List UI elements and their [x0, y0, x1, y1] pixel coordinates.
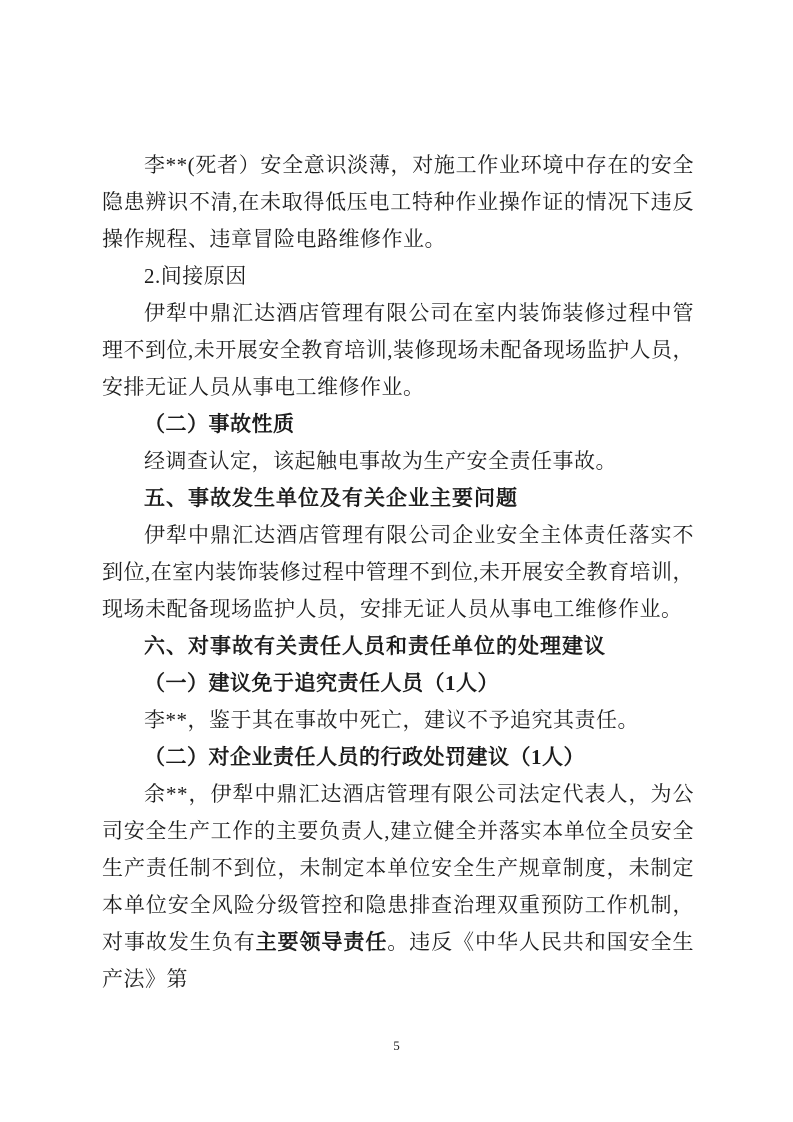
text-run: 五、事故发生单位及有关企业主要问题 [144, 487, 518, 510]
text-run: 六、对事故有关责任人员和责任单位的处理建议 [144, 635, 606, 658]
emphasized-text: 主要领导责任 [256, 931, 388, 954]
text-run: 经调查认定，该起触电事故为生产安全责任事故。 [144, 449, 617, 473]
document-body: 李**(死者）安全意识淡薄，对施工作业环境中存在的安全隐患辨识不清,在未取得低压… [102, 147, 694, 998]
para-direct-cause-victim: 李**(死者）安全意识淡薄，对施工作业环境中存在的安全隐患辨识不清,在未取得低压… [102, 147, 694, 258]
text-run: 李**，鉴于其在事故中死亡，建议不予追究其责任。 [144, 708, 639, 732]
text-run: 伊犁中鼎汇达酒店管理有限公司企业安全主体责任落实不到位,在室内装饰装修过程中管理… [102, 523, 694, 621]
para-accident-nature-detail: 经调查认定，该起触电事故为生产安全责任事故。 [102, 443, 694, 480]
para-exempt-persons-detail: 李**，鉴于其在事故中死亡，建议不予追究其责任。 [102, 702, 694, 739]
text-run: 余**，伊犁中鼎汇达酒店管理有限公司法定代表人，为公司安全生产工作的主要负责人,… [102, 782, 694, 954]
para-admin-penalty-detail: 余**，伊犁中鼎汇达酒店管理有限公司法定代表人，为公司安全生产工作的主要负责人,… [102, 776, 694, 998]
heading-accident-nature: （二）事故性质 [102, 406, 694, 443]
text-run: 伊犁中鼎汇达酒店管理有限公司在室内装饰装修过程中管理不到位,未开展安全教育培训,… [102, 301, 694, 399]
text-run: （一）建议免于追究责任人员（1人） [144, 671, 499, 695]
text-run: 李**(死者）安全意识淡薄，对施工作业环境中存在的安全隐患辨识不清,在未取得低压… [102, 153, 694, 251]
para-indirect-cause-label: 2.间接原因 [102, 258, 694, 295]
heading-admin-penalty: （二）对企业责任人员的行政处罚建议（1人） [102, 739, 694, 776]
text-run: （二）对企业责任人员的行政处罚建议（1人） [144, 745, 585, 769]
page-footer: 5 [0, 1038, 793, 1054]
heading-section-five: 五、事故发生单位及有关企业主要问题 [102, 480, 694, 517]
para-section-five-detail: 伊犁中鼎汇达酒店管理有限公司企业安全主体责任落实不到位,在室内装饰装修过程中管理… [102, 517, 694, 628]
heading-section-six: 六、对事故有关责任人员和责任单位的处理建议 [102, 628, 694, 665]
para-indirect-cause-detail: 伊犁中鼎汇达酒店管理有限公司在室内装饰装修过程中管理不到位,未开展安全教育培训,… [102, 295, 694, 406]
document-page: 李**(死者）安全意识淡薄，对施工作业环境中存在的安全隐患辨识不清,在未取得低压… [0, 0, 793, 1122]
text-run: （二）事故性质 [144, 412, 295, 436]
heading-exempt-persons: （一）建议免于追究责任人员（1人） [102, 665, 694, 702]
page-number: 5 [393, 1038, 400, 1053]
text-run: 2.间接原因 [144, 264, 247, 288]
